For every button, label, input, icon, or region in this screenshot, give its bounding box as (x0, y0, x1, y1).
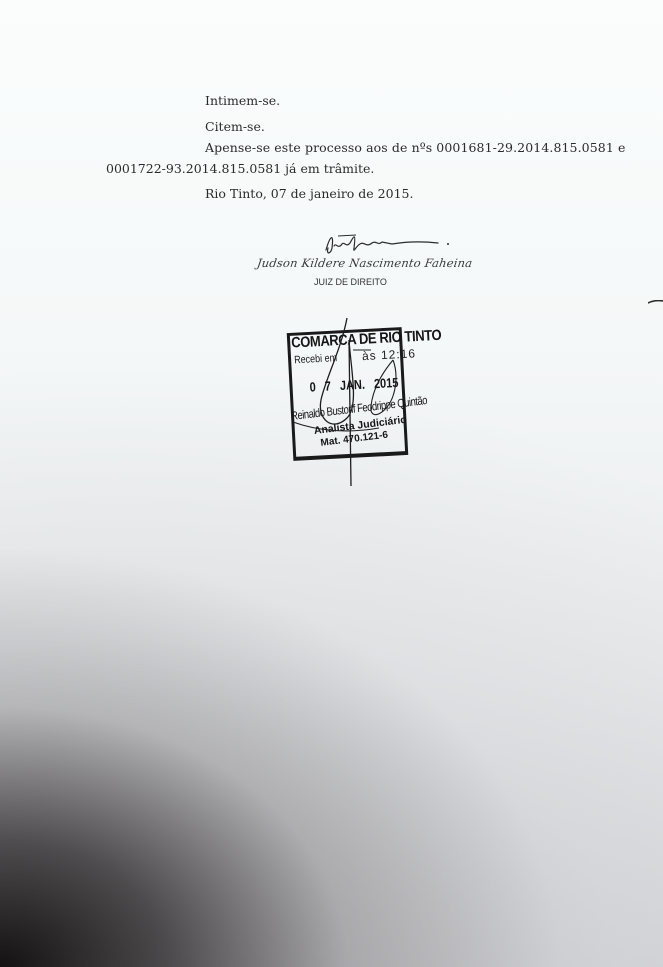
paragraph-apense-line-2: 0001722-93.2014.815.0581 já em trâmite. (106, 161, 374, 177)
stamp-received-time: às 12:16 (362, 346, 417, 363)
paragraph-intimem: Intimem-se. (205, 93, 280, 109)
handwritten-signature (320, 228, 460, 258)
place-and-date: Rio Tinto, 07 de janeiro de 2015. (205, 186, 413, 202)
page-edge-mark (648, 300, 663, 304)
signer-name: Judson Kildere Nascimento Faheina (256, 256, 473, 270)
paragraph-apense-line-1: Apense-se este processo aos de nºs 00016… (205, 140, 625, 156)
stamp-received-label: Recebi em (294, 352, 338, 366)
signer-title: JUIZ DE DIREITO (314, 277, 387, 287)
court-receipt-stamp: COMARCA DE RIO TINTO Recebi em às 12:16 … (287, 327, 409, 461)
paragraph-citem: Citem-se. (205, 119, 265, 135)
